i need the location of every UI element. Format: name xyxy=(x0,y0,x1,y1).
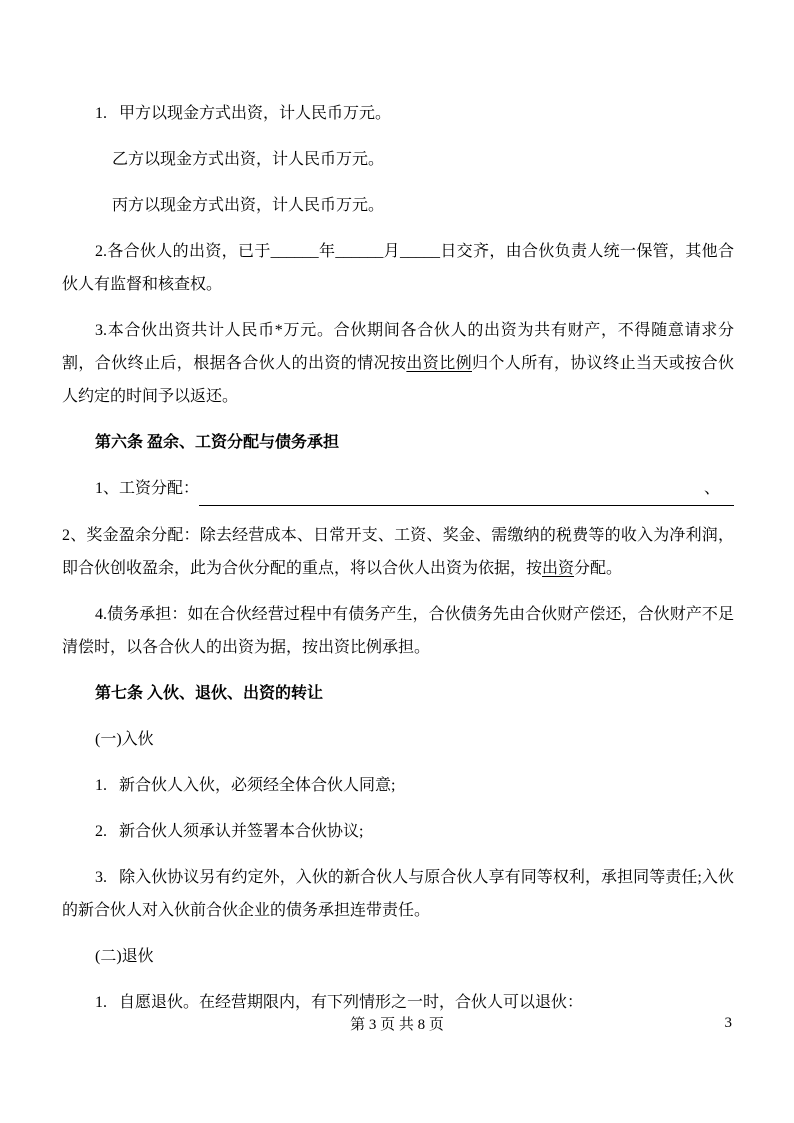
document-page: 1.甲方以现金方式出资，计人民币万元。 乙方以现金方式出资，计人民币万元。 丙方… xyxy=(0,0,794,1123)
subheading-retire: (二)退伙 xyxy=(62,940,734,973)
list-item-join-2: 2.新合伙人须承认并签署本合伙协议; xyxy=(62,815,734,848)
document-body: 1.甲方以现金方式出资，计人民币万元。 乙方以现金方式出资，计人民币万元。 丙方… xyxy=(62,97,734,1032)
list-number: 3. xyxy=(95,869,107,886)
paragraph-bonus-distribution: 2、奖金盈余分配：除去经营成本、日常开支、工资、奖金、需缴纳的税费等的收入为净利… xyxy=(62,519,734,585)
paragraph-salary-distribution: 1、工资分配： 、 xyxy=(62,472,734,506)
list-item-join-3: 3.除入伙协议另有约定外，入伙的新合伙人与原合伙人享有同等权利，承担同等责任;入… xyxy=(62,861,734,927)
paragraph-text: 除入伙协议另有约定外，入伙的新合伙人与原合伙人享有同等权利，承担同等责任;入伙的… xyxy=(62,869,734,919)
paragraph-text: 丙方以现金方式出资，计人民币万元。 xyxy=(112,197,384,214)
page-footer: 第 3 页 共 8 页 xyxy=(0,1014,794,1036)
paragraph-text: 2.各合伙人的出资，已于______年______月_____日交齐，由合伙负责… xyxy=(62,243,734,293)
paragraph-text: 甲方以现金方式出资，计人民币万元。 xyxy=(119,105,391,122)
blank-mark: 、 xyxy=(704,480,720,497)
subheading-join: (一)入伙 xyxy=(62,723,734,756)
heading-article-7: 第七条 入伙、退伙、出资的转让 xyxy=(62,677,734,710)
list-number: 1. xyxy=(95,777,107,794)
corner-page-number: 3 xyxy=(725,1012,733,1034)
list-number: 1. xyxy=(95,105,107,122)
paragraph-debt-liability: 4.债务承担：如在合伙经营过程中有债务产生，合伙债务先由合伙财产偿还，合伙财产不… xyxy=(62,598,734,664)
paragraph-payment-date: 2.各合伙人的出资，已于______年______月_____日交齐，由合伙负责… xyxy=(62,235,734,301)
underlined-term: 出资 xyxy=(542,560,574,577)
list-number: 2. xyxy=(95,823,107,840)
paragraph-text: 分配。 xyxy=(574,560,622,577)
heading-article-6: 第六条 盈余、工资分配与债务承担 xyxy=(62,426,734,459)
salary-label: 1、工资分配： xyxy=(95,472,199,506)
paragraph-text: 4.债务承担：如在合伙经营过程中有债务产生，合伙债务先由合伙财产偿还，合伙财产不… xyxy=(62,606,734,656)
paragraph-total-contribution: 3.本合伙出资共计人民币*万元。合伙期间各合伙人的出资为共有财产，不得随意请求分… xyxy=(62,314,734,413)
list-number: 1. xyxy=(95,994,107,1011)
list-item-join-1: 1.新合伙人入伙，必须经全体合伙人同意; xyxy=(62,769,734,802)
paragraph-text: 新合伙人入伙，必须经全体合伙人同意; xyxy=(119,777,395,794)
underlined-term: 出资比例 xyxy=(406,355,472,372)
paragraph-contribution-yifang: 乙方以现金方式出资，计人民币万元。 xyxy=(62,143,734,176)
paragraph-text: 乙方以现金方式出资，计人民币万元。 xyxy=(112,151,384,168)
paragraph-contribution-jiafang: 1.甲方以现金方式出资，计人民币万元。 xyxy=(62,97,734,130)
paragraph-contribution-bingfang: 丙方以现金方式出资，计人民币万元。 xyxy=(62,189,734,222)
paragraph-text: 2、奖金盈余分配：除去经营成本、日常开支、工资、奖金、需缴纳的税费等的收入为净利… xyxy=(62,527,734,577)
paragraph-text: 自愿退伙。在经营期限内，有下列情形之一时，合伙人可以退伙： xyxy=(119,994,583,1011)
fill-in-blank-line: 、 xyxy=(199,472,734,506)
paragraph-text: 新合伙人须承认并签署本合伙协议; xyxy=(119,823,363,840)
